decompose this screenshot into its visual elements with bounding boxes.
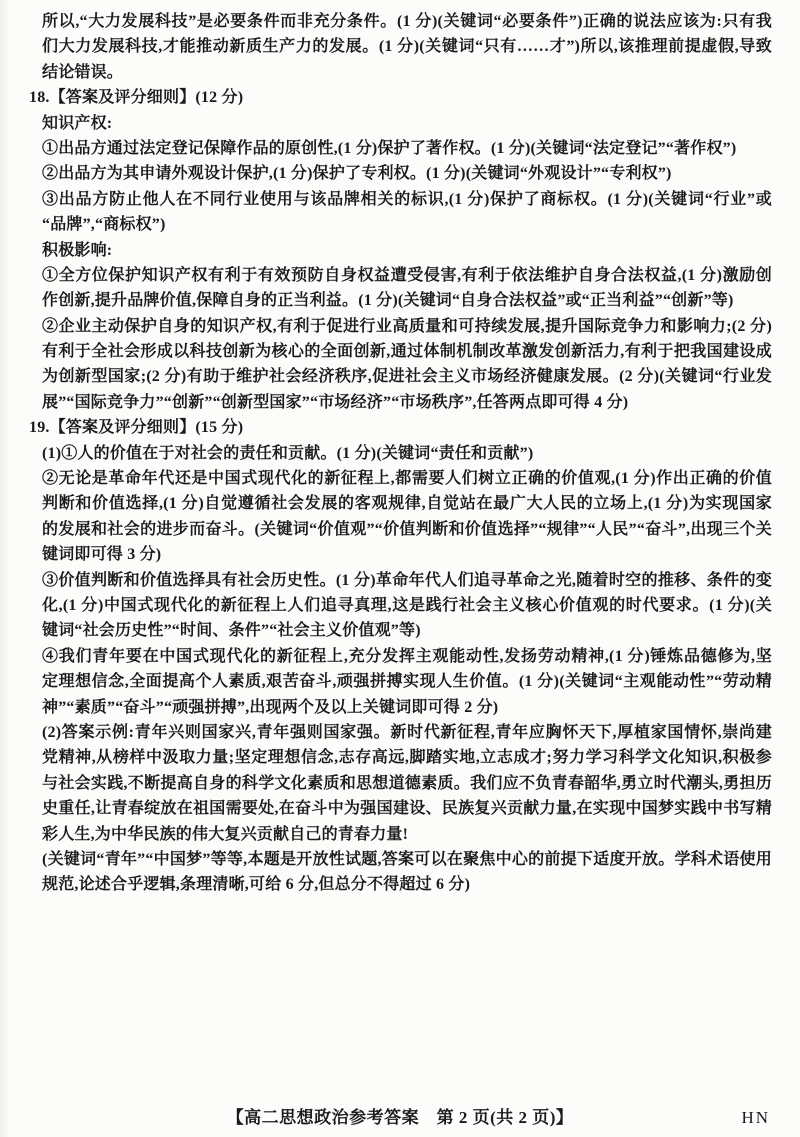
answer-text-line: 键词即可得 3 分) [42,542,772,567]
document-body: 所以,“大力发展科技”是必要条件而非充分条件。(1 分)(关键词“必要条件”)正… [42,9,772,898]
answer-text-line: 规范,论述合乎逻辑,条理清晰,可给 6 分,但总分不得超过 6 分) [42,872,772,897]
answer-text-line: ①出品方通过法定登记保障作品的原创性,(1 分)保护了著作权。(1 分)(关键词… [42,136,772,161]
answer-text-line: 为创新型国家;(2 分)有助于维护社会经济秩序,促进社会主义市场经济健康发展。(… [42,364,772,389]
answer-text-line: 所以,“大力发展科技”是必要条件而非充分条件。(1 分)(关键词“必要条件”)正… [42,9,772,34]
answer-text-line: ④我们青年要在中国式现代化的新征程上,充分发挥主观能动性,发扬劳动精神,(1 分… [42,644,772,669]
answer-text-line: 知识产权: [42,111,772,136]
answer-text-line: 们大力发展科技,才能推动新质生产力的发展。(1 分)(关键词“只有……才”)所以… [42,34,772,59]
answer-text-line: 彩人生,为中华民族的伟大复兴贡献自己的青春力量! [42,822,772,847]
answer-text-line: 与社会实践,不断提高自身的科学文化素质和思想道德素质。我们应不负青春韶华,勇立时… [42,771,772,796]
answer-text-line: 的发展和社会的进步而奋斗。(关键词“价值观”“价值判断和价值选择”“规律”“人民… [42,517,772,542]
answer-text-line: (关键词“青年”“中国梦”等等,本题是开放性试题,答案可以在聚焦中心的前提下适度… [42,847,772,872]
answer-text-line: 定理想信念,全面提高个人素质,艰苦奋斗,顽强拼搏实现人生价值。(1 分)(关键词… [42,669,772,694]
answer-text-line: ①全方位保护知识产权有利于有效预防自身权益遭受侵害,有利于依法维护自身合法权益,… [42,263,772,288]
answer-text-line: ②企业主动保护自身的知识产权,有利于促进行业高质量和可持续发展,提升国际竞争力和… [42,314,772,339]
footer-edition-code: HN [741,1105,770,1131]
answer-text-line: 党精神,从榜样中汲取力量;坚定理想信念,志存高远,脚踏实地,立志成才;努力学习科… [42,745,772,770]
answer-text-line: 神”“素质”“奋斗”“顽强拼搏”,出现两个及以上关键词即可得 2 分) [42,695,772,720]
answer-text-line: ③价值判断和价值选择具有社会历史性。(1 分)革命年代人们追寻革命之光,随着时空… [42,568,772,593]
answer-text-line: 有利于全社会形成以科技创新为核心的全面创新,通过体制机制改革激发创新活力,有利于… [42,339,772,364]
answer-text-line: ②无论是革命年代还是中国式现代化的新征程上,都需要人们树立正确的价值观,(1 分… [42,466,772,491]
scan-edge-shading [0,0,10,1137]
answer-text-line: ③出品方防止他人在不同行业使用与该品牌相关的标识,(1 分)保护了商标权。(1 … [42,187,772,212]
answer-text-line: 史重任,让青春绽放在祖国需要处,在奋斗中为强国建设、民族复兴贡献力量,在实现中国… [42,796,772,821]
footer-title-page-number: 【高二思想政治参考答案 第 2 页(共 2 页)】 [0,1105,800,1131]
answer-text-line: 积极影响: [42,238,772,263]
page-footer: 【高二思想政治参考答案 第 2 页(共 2 页)】 HN [0,1105,800,1131]
answer-text-line: 展”“国际竞争力”“创新”“创新型国家”“市场经济”“市场秩序”,任答两点即可得… [42,390,772,415]
answer-text-line: 结论错误。 [42,60,772,85]
answer-text-line: 化,(1 分)中国式现代化的新征程上人们追寻真理,这是践行社会主义核心价值观的时… [42,593,772,618]
answer-text-line: (1)①人的价值在于对社会的责任和贡献。(1 分)(关键词“责任和贡献”) [42,441,772,466]
answer-text-line: 作创新,提升品牌价值,保障自身的正当利益。(1 分)(关键词“自身合法权益”或“… [42,288,772,313]
section-heading: 19.【答案及评分细则】(15 分) [29,415,772,440]
section-heading: 18.【答案及评分细则】(12 分) [29,85,772,110]
answer-text-line: “品牌”,“商标权”) [42,212,772,237]
answer-text-line: (2)答案示例:青年兴则国家兴,青年强则国家强。新时代新征程,青年应胸怀天下,厚… [42,720,772,745]
answer-text-line: ②出品方为其申请外观设计保护,(1 分)保护了专利权。(1 分)(关键词“外观设… [42,161,772,186]
answer-text-line: 键词“社会历史性”“时间、条件”“社会主义价值观”等) [42,618,772,643]
answer-text-line: 判断和价值选择,(1 分)自觉遵循社会发展的客观规律,自觉站在最广大人民的立场上… [42,491,772,516]
